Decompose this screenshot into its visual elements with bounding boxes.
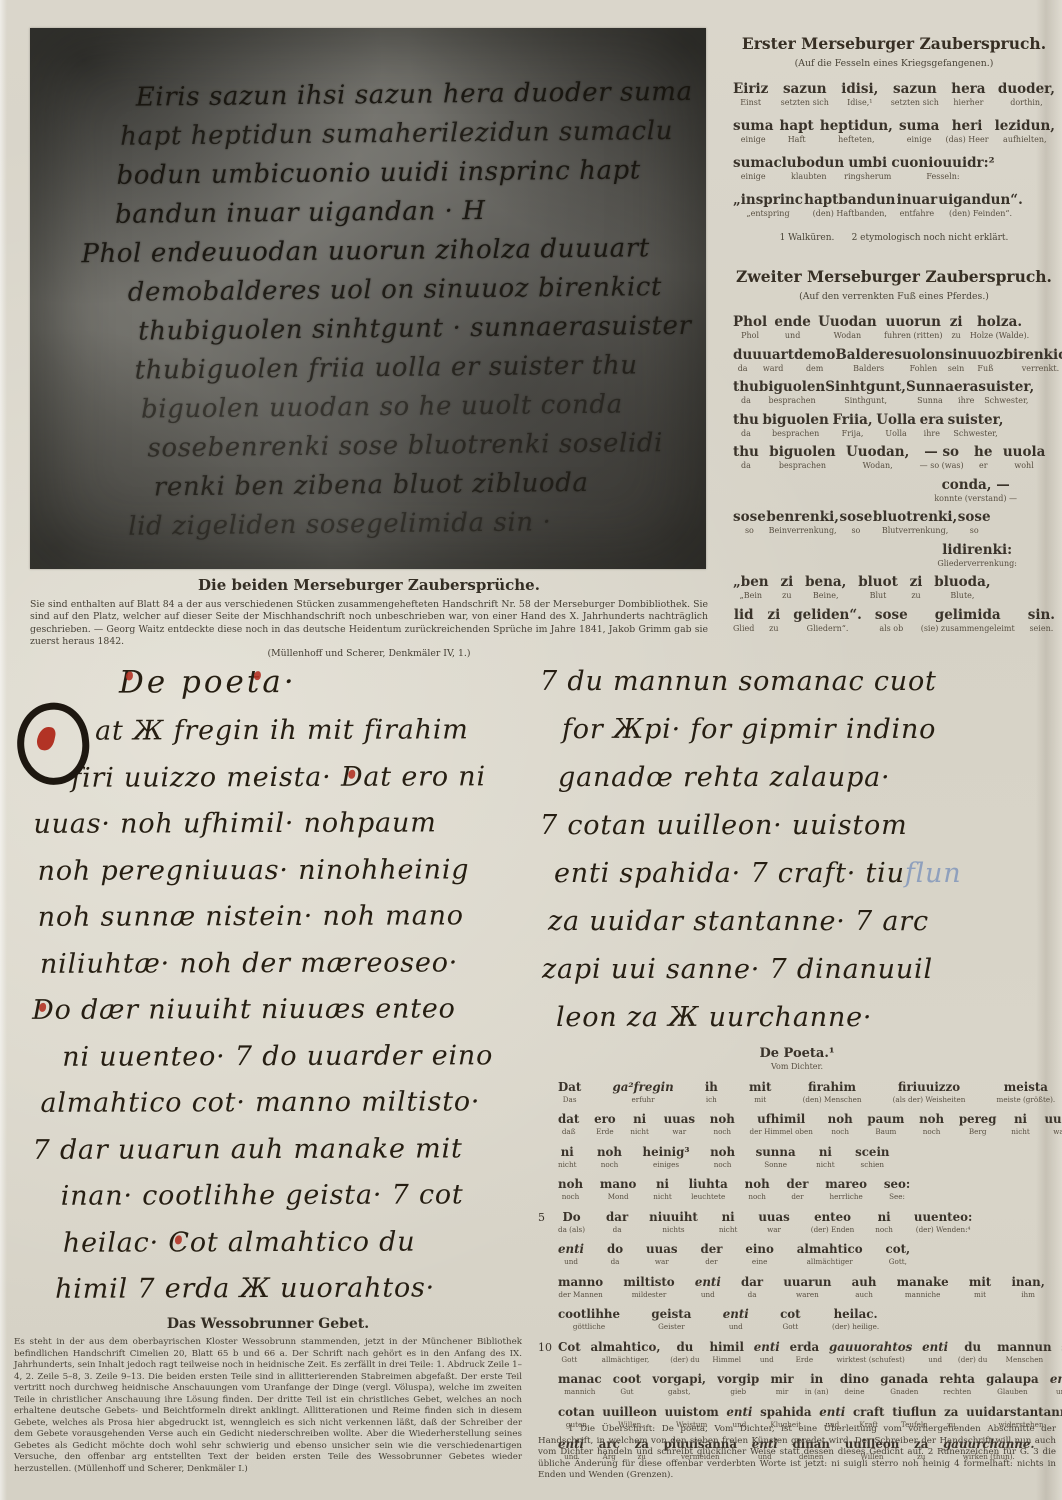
interlinear-row: conda, —konnte (verstand) — bbox=[733, 477, 1055, 503]
german-gloss: Blutverrenkung, bbox=[882, 526, 948, 535]
old-high-german-word: biguolen bbox=[759, 379, 825, 395]
photo-manuscript-line: thubiguolen friia uolla er suister thu bbox=[134, 346, 695, 391]
word-pair: uuaswar bbox=[1044, 1112, 1062, 1136]
old-high-german-word: sazun bbox=[893, 81, 937, 97]
german-gloss: noch bbox=[748, 1192, 766, 1201]
interlinear-row: „insprinc„entspringhaptbandun(den) Haftb… bbox=[733, 192, 1023, 218]
word-pair: herahierher bbox=[951, 81, 985, 107]
word-pair: mitmit bbox=[969, 1275, 991, 1299]
german-gloss: deine bbox=[844, 1387, 864, 1396]
word-pair: datdaß bbox=[558, 1112, 579, 1136]
interlinear-row: PholPholendeundUuodanWodanuuorunfuhren (… bbox=[733, 314, 1029, 340]
old-high-german-word: — so bbox=[924, 444, 959, 460]
german-gloss: göttliche bbox=[573, 1322, 605, 1331]
word-pair: sunnaSonne bbox=[756, 1145, 796, 1169]
old-high-german-word: enti bbox=[819, 1405, 845, 1419]
first-charm-title: Erster Merseburger Zauberspruch. bbox=[733, 34, 1055, 53]
german-gloss: nicht bbox=[816, 1160, 834, 1169]
old-high-german-word: sin bbox=[945, 347, 968, 363]
interlinear-row: cootlihhegöttlichegeistaGeisterentiundco… bbox=[538, 1307, 879, 1331]
wessobrunn-left-lines: De poeta·at Ж fregin ih mit firahimfiri … bbox=[31, 655, 533, 1313]
old-high-german-word: spahida bbox=[760, 1405, 812, 1419]
german-gloss: mit bbox=[754, 1095, 766, 1104]
photo-manuscript-line: bandun inuar uigandan · H bbox=[115, 190, 694, 235]
german-gloss: ihre bbox=[958, 396, 974, 405]
old-high-german-word: uuistom bbox=[665, 1405, 719, 1419]
word-pair: vorgipgieb bbox=[717, 1372, 759, 1396]
german-gloss: (den) Menschen bbox=[803, 1095, 862, 1104]
german-gloss: besprachen bbox=[768, 396, 815, 405]
word-pair: bluoda,Blute, bbox=[934, 574, 990, 600]
word-pair: zizu bbox=[767, 607, 780, 633]
german-gloss: und bbox=[785, 331, 800, 340]
manuscript-line: 7 dar uuarun auh manake mit bbox=[32, 1126, 532, 1174]
german-gloss: gabst, bbox=[668, 1387, 690, 1396]
old-high-german-word: heilac. bbox=[834, 1307, 878, 1321]
old-high-german-word: ende bbox=[774, 314, 810, 330]
word-pair: sumaeinige bbox=[899, 118, 939, 144]
word-pair: — so— so (was) bbox=[920, 444, 964, 470]
old-high-german-word: uuas bbox=[664, 1112, 695, 1126]
old-high-german-word: dat bbox=[558, 1112, 579, 1126]
manuscript-text: leon za Ж uurchanne· bbox=[556, 1002, 872, 1033]
old-high-german-word: dar bbox=[606, 1210, 628, 1224]
old-high-german-word: duoder, bbox=[998, 81, 1055, 97]
word-pair: ganadaGnaden bbox=[880, 1372, 928, 1396]
german-gloss: Glauben bbox=[997, 1387, 1027, 1396]
german-gloss: da bbox=[611, 1257, 620, 1266]
old-high-german-word: ni bbox=[878, 1210, 891, 1224]
old-high-german-word: Uuodan bbox=[818, 314, 877, 330]
german-gloss: da bbox=[613, 1225, 622, 1234]
german-gloss: (das) Heer bbox=[946, 135, 989, 144]
word-pair: BalderesBalders bbox=[835, 347, 902, 373]
manuscript-line: almahtico cot· manno miltisto· bbox=[40, 1079, 532, 1127]
old-high-german-word: umbi bbox=[848, 155, 887, 171]
german-gloss: Baum bbox=[875, 1127, 896, 1136]
german-gloss: mannich bbox=[564, 1387, 595, 1396]
german-gloss: Idise,¹ bbox=[847, 98, 872, 107]
manuscript-line: noh peregniuuas· ninohheinig bbox=[38, 847, 532, 895]
german-gloss: Beinverrenkung, bbox=[769, 526, 837, 535]
old-high-german-word: inan, bbox=[1011, 1275, 1044, 1289]
interlinear-row: lidGliedzizugeliden“.Gliedern“.soseals o… bbox=[733, 607, 1055, 633]
manuscript-text: ot almahtico du bbox=[190, 1226, 416, 1258]
german-gloss: nicht bbox=[1011, 1127, 1029, 1136]
word-pair: thuda bbox=[733, 379, 759, 405]
interlinear-row: mannoder Mannenmiltistomildesterentiundd… bbox=[538, 1275, 1045, 1299]
word-pair: uuartward bbox=[752, 347, 794, 373]
old-high-german-word: sose bbox=[840, 509, 873, 525]
manuscript-line: himil 7 erda Ж uuorahtos· bbox=[55, 1265, 533, 1313]
old-high-german-word: Phol bbox=[733, 314, 767, 330]
manuscript-text: a· bbox=[262, 664, 296, 700]
word-pair: uuorunfuhren (ritten) bbox=[884, 314, 942, 340]
german-gloss: dem bbox=[806, 364, 823, 373]
old-high-german-word: ero bbox=[594, 1112, 616, 1126]
word-pair: haptHaft bbox=[780, 118, 814, 144]
old-high-german-word: firiuuizzo bbox=[898, 1080, 960, 1094]
old-high-german-word: Uolla bbox=[876, 412, 916, 428]
german-gloss: dorthin, bbox=[1010, 98, 1042, 107]
manuscript-text: ganadœ rehta zalaupa· bbox=[558, 762, 890, 793]
old-high-german-word: uuorun bbox=[886, 314, 941, 330]
german-gloss: (der) du bbox=[958, 1355, 987, 1364]
word-pair: EirizEinst bbox=[733, 81, 768, 107]
german-gloss: setzten sich bbox=[781, 98, 829, 107]
word-pair: einoeine bbox=[745, 1242, 773, 1266]
manuscript-text: 7 cotan uuilleon· uuistom bbox=[540, 810, 908, 841]
wessobrunn-caption: Das Wessobrunner Gebet. Es steht in der … bbox=[14, 1316, 522, 1476]
interlinear-row: ninichtnohnochheinig³einigesnohnochsunna… bbox=[538, 1145, 890, 1169]
german-gloss: Himmel bbox=[712, 1355, 741, 1364]
word-pair: demodem bbox=[794, 347, 835, 373]
photo-manuscript-line: renki ben zibena bluot zibluoda bbox=[154, 463, 697, 508]
german-gloss: noch bbox=[831, 1127, 849, 1136]
german-gloss: Gut bbox=[620, 1387, 633, 1396]
german-gloss: (der) Wenden:⁴ bbox=[916, 1225, 971, 1234]
manuscript-line: noh sunnæ nistein· noh mano bbox=[38, 893, 532, 941]
old-high-german-word: bluot bbox=[858, 574, 898, 590]
old-high-german-word: enti bbox=[726, 1405, 752, 1419]
word-pair: lidirenki:Gliederverrenkung: bbox=[937, 542, 1017, 568]
german-gloss: leuchtete bbox=[691, 1192, 725, 1201]
old-high-german-word: mano bbox=[600, 1177, 637, 1191]
word-pair: auhauch bbox=[852, 1275, 877, 1299]
german-gloss: mit bbox=[974, 1290, 986, 1299]
german-gloss: Das bbox=[563, 1095, 577, 1104]
word-pair: clubodunklaubten bbox=[773, 155, 844, 181]
german-gloss: — so (was) bbox=[920, 461, 964, 470]
word-pair: cotGott bbox=[780, 1307, 801, 1331]
old-high-german-word: ni bbox=[722, 1210, 735, 1224]
word-pair: UollaUolla bbox=[876, 412, 916, 438]
old-high-german-word: mannun bbox=[997, 1340, 1051, 1354]
old-high-german-word: mir bbox=[770, 1372, 793, 1386]
second-charm-title: Zweiter Merseburger Zauberspruch. bbox=[733, 267, 1055, 286]
old-high-german-word: ih bbox=[705, 1080, 718, 1094]
photo-manuscript-line: lid zigeliden sosegelimida sin · bbox=[128, 502, 697, 547]
old-high-german-word: sin. bbox=[1028, 607, 1055, 623]
word-pair: bluotrenki,Blutverrenkung, bbox=[873, 509, 957, 535]
old-high-german-word: ni bbox=[561, 1145, 574, 1159]
word-pair: almahtico,allmächtiger, bbox=[591, 1340, 661, 1364]
manuscript-text: zapi uui sanne· 7 dinanuuil bbox=[542, 954, 933, 985]
word-pair: uigandun“.(den) Feinden“. bbox=[938, 192, 1022, 218]
manuscript-line: 7 du mannun somanac cuot bbox=[540, 658, 1058, 706]
word-pair: derder bbox=[786, 1177, 808, 1201]
word-pair: geistaGeister bbox=[651, 1307, 691, 1331]
german-gloss: verrenkt. bbox=[1022, 364, 1059, 373]
de-poeta-title: De Poeta.¹ bbox=[538, 1046, 1056, 1061]
german-gloss: sein bbox=[948, 364, 965, 373]
german-gloss: daß bbox=[562, 1127, 576, 1136]
manuscript-line: for Жpi· for gipmir indino bbox=[562, 706, 1058, 754]
old-high-german-word: enteo bbox=[814, 1210, 851, 1224]
word-pair: biguolenbesprachen bbox=[759, 379, 825, 405]
word-pair: uuaswar bbox=[664, 1112, 695, 1136]
german-gloss: er bbox=[979, 461, 988, 470]
old-high-german-word: miltisto bbox=[623, 1275, 674, 1289]
interlinear-row: EirizEinstsazunsetzten sichidisi,Idise,¹… bbox=[733, 81, 1055, 107]
german-gloss: einiges bbox=[653, 1160, 679, 1169]
old-high-german-word: niuuiht bbox=[649, 1210, 698, 1224]
old-high-german-word: biguolen bbox=[762, 412, 828, 428]
blue-pencil-annotation: flun bbox=[905, 858, 962, 889]
photo-manuscript-line: thubiguolen sinhtgunt · sunnaerasuister bbox=[138, 307, 695, 352]
word-pair: duda bbox=[733, 347, 752, 373]
word-pair: UuodanWodan bbox=[818, 314, 877, 340]
german-gloss: Blut bbox=[870, 591, 887, 600]
manuscript-text: enti spahida· 7 craft· tiu bbox=[554, 858, 905, 889]
german-gloss: in (an) bbox=[805, 1387, 829, 1396]
word-pair: zizu bbox=[780, 574, 793, 600]
red-dotted-initial: D bbox=[32, 988, 55, 1035]
word-pair: cuoniouuidr:²Fesseln: bbox=[891, 155, 994, 181]
word-pair: gauuorahtoswirktest (schufest) bbox=[829, 1340, 912, 1364]
word-pair: Uuodan,Wodan, bbox=[846, 444, 909, 470]
old-high-german-word: hera bbox=[951, 81, 985, 97]
word-pair: benrenki,Beinverrenkung, bbox=[766, 509, 839, 535]
word-pair: suister,Schwester, bbox=[948, 412, 1004, 438]
word-pair: enteo(der) Enden bbox=[811, 1210, 855, 1234]
manuscript-line: ni uuenteo· 7 do uuarder eino bbox=[62, 1033, 532, 1081]
manuscript-text: at ero ni bbox=[363, 761, 486, 792]
german-gloss: Sunna bbox=[917, 396, 943, 405]
old-high-german-word: noh bbox=[710, 1112, 735, 1126]
old-high-german-word: enti bbox=[754, 1340, 780, 1354]
old-high-german-word: sose bbox=[875, 607, 908, 623]
german-gloss: Balders bbox=[853, 364, 884, 373]
wessobrunn-right-lines: 7 du mannun somanac cuotfor Жpi· for gip… bbox=[540, 658, 1058, 1042]
old-high-german-word: ga²fregin bbox=[612, 1080, 673, 1094]
german-gloss: da bbox=[741, 461, 751, 470]
german-gloss: (als der) Weisheiten bbox=[893, 1095, 966, 1104]
verse-number: 5 bbox=[538, 1211, 545, 1224]
german-gloss: „Bein bbox=[740, 591, 762, 600]
german-gloss: Glied bbox=[733, 624, 754, 633]
word-pair: meistameiste (größte). bbox=[997, 1080, 1056, 1104]
old-high-german-word: erda bbox=[790, 1340, 820, 1354]
first-charm-footnote: 1 Walküren. 2 etymologisch noch nicht er… bbox=[733, 233, 1055, 243]
manuscript-photo-lines: Eiris sazun ihsi sazun hera duoder sumah… bbox=[80, 73, 698, 547]
german-gloss: konnte (verstand) — bbox=[934, 494, 1017, 503]
old-high-german-word: heinig³ bbox=[643, 1145, 690, 1159]
word-pair: eraihre bbox=[954, 379, 978, 405]
german-gloss: erfuhr bbox=[632, 1095, 655, 1104]
word-pair: du(der) du bbox=[958, 1340, 987, 1364]
word-pair: gelimida(sie) zusammengeleimt bbox=[921, 607, 1015, 633]
old-high-german-word: zi bbox=[767, 607, 780, 623]
word-pair: DatDas bbox=[558, 1080, 581, 1104]
manuscript-text: at Ж fregin ih mit firahim bbox=[95, 714, 469, 746]
german-gloss: Berg bbox=[969, 1127, 987, 1136]
word-pair: niuuihtnichts bbox=[649, 1210, 698, 1234]
old-high-german-word: haptbandun bbox=[804, 192, 895, 208]
de-poeta-title-gloss: Vom Dichter. bbox=[538, 1062, 1056, 1071]
german-gloss: Phol bbox=[741, 331, 759, 340]
photo-manuscript-line: biguolen uuodan so he uuolt conda bbox=[141, 385, 696, 430]
old-high-german-word: bluoda, bbox=[934, 574, 990, 590]
german-gloss: Uolla bbox=[885, 429, 906, 438]
german-gloss: Gott bbox=[782, 1322, 798, 1331]
old-high-german-word: uuas bbox=[758, 1210, 789, 1224]
old-high-german-word: uuas bbox=[646, 1242, 677, 1256]
word-pair: entiund bbox=[922, 1340, 948, 1364]
interlinear-row: nohnochmanoMondninichtliuhtaleuchtetenoh… bbox=[538, 1177, 910, 1201]
old-high-german-word: meista bbox=[1004, 1080, 1048, 1094]
word-pair: Friia,Frija, bbox=[832, 412, 872, 438]
manuscript-text: ni uuenteo· 7 do uuarder eino bbox=[62, 1040, 493, 1073]
old-high-german-word: Eiriz bbox=[733, 81, 768, 97]
german-gloss: und bbox=[760, 1355, 774, 1364]
old-high-german-word: enti bbox=[922, 1340, 948, 1354]
manuscript-text: noh peregniuuas· ninohheinig bbox=[38, 854, 470, 887]
old-high-german-word: himil bbox=[709, 1340, 744, 1354]
word-pair: nohnoch bbox=[597, 1145, 622, 1169]
old-high-german-word: enti bbox=[723, 1307, 749, 1321]
german-gloss: zu bbox=[769, 624, 778, 633]
word-pair: ninicht bbox=[816, 1145, 834, 1169]
old-high-german-word: auh bbox=[852, 1275, 877, 1289]
german-gloss: da bbox=[741, 429, 751, 438]
word-pair: nohnoch bbox=[558, 1177, 583, 1201]
german-gloss: zu bbox=[951, 331, 960, 340]
old-high-german-word: ni bbox=[633, 1112, 646, 1126]
word-pair: heptidun,hefteten, bbox=[820, 118, 893, 144]
german-gloss: Beine, bbox=[813, 591, 839, 600]
old-high-german-word: biguolen bbox=[769, 444, 835, 460]
german-gloss: ich bbox=[706, 1095, 717, 1104]
old-high-german-word: geliden“. bbox=[793, 607, 862, 623]
word-pair: erdaErde bbox=[790, 1340, 820, 1364]
word-pair: entiund bbox=[754, 1340, 780, 1364]
german-gloss: der bbox=[791, 1192, 803, 1201]
german-gloss: Wodan bbox=[834, 331, 862, 340]
word-pair: ninicht bbox=[630, 1112, 648, 1136]
old-high-german-word: ni bbox=[819, 1145, 832, 1159]
german-gloss: Schwester, bbox=[984, 396, 1028, 405]
german-gloss: ward bbox=[763, 364, 784, 373]
old-high-german-word: noh bbox=[558, 1177, 583, 1191]
word-pair: uuaswar bbox=[646, 1242, 677, 1266]
old-high-german-word: suma bbox=[899, 118, 939, 134]
old-high-german-word: za bbox=[944, 1405, 958, 1419]
german-gloss: Haft bbox=[788, 135, 806, 144]
word-pair: uuozFuß bbox=[967, 347, 1003, 373]
old-high-german-word: Uuodan, bbox=[846, 444, 909, 460]
old-high-german-word: Cot bbox=[558, 1340, 581, 1354]
word-pair: liuhtaleuchtete bbox=[689, 1177, 728, 1201]
word-pair: eraihre bbox=[920, 412, 944, 438]
verse-number: 10 bbox=[538, 1341, 552, 1354]
word-pair: zizu bbox=[910, 574, 923, 600]
old-high-german-word: uuart bbox=[752, 347, 794, 363]
word-pair: rehtarechten bbox=[940, 1372, 975, 1396]
word-pair: ninicht bbox=[558, 1145, 576, 1169]
old-high-german-word: almahtico, bbox=[591, 1340, 661, 1354]
old-high-german-word: noh bbox=[828, 1112, 853, 1126]
german-gloss: entfahre bbox=[900, 209, 935, 218]
interlinear-row: thudabiguolenbesprachenSinhtgunt,Sinthgu… bbox=[733, 379, 1029, 405]
word-pair: paumBaum bbox=[867, 1112, 904, 1136]
old-high-german-word: uigandun“. bbox=[938, 192, 1022, 208]
old-high-german-word: du bbox=[733, 347, 752, 363]
word-pair: cot,Gott, bbox=[886, 1242, 911, 1266]
interlinear-row: „ben„Beinzizubena,Beine,bluotBlutzizublu… bbox=[733, 574, 991, 600]
old-high-german-word: holza. bbox=[977, 314, 1022, 330]
german-gloss: besprachen bbox=[772, 429, 819, 438]
old-high-german-word: thu bbox=[733, 412, 759, 428]
german-gloss: rechten bbox=[943, 1387, 971, 1396]
word-pair: manacmannich bbox=[558, 1372, 602, 1396]
old-high-german-word: scein bbox=[855, 1145, 889, 1159]
manuscript-text: for Жpi· for gipmir indino bbox=[562, 714, 936, 745]
old-high-german-word: lid bbox=[734, 607, 754, 623]
manuscript-line: at Ж fregin ih mit firahim bbox=[95, 707, 531, 755]
german-gloss: nichts bbox=[662, 1225, 684, 1234]
german-gloss: (sie) zusammengeleimt bbox=[921, 624, 1015, 633]
german-gloss: da bbox=[741, 396, 751, 405]
word-pair: nohnoch bbox=[710, 1145, 735, 1169]
old-high-german-word: uuilleon bbox=[602, 1405, 657, 1419]
interlinear-row: 5Doda (als)dardaniuuihtnichtsninichtuuas… bbox=[538, 1210, 972, 1234]
old-high-german-word: noh bbox=[919, 1112, 944, 1126]
second-charm-section: Zweiter Merseburger Zauberspruch. (Auf d… bbox=[733, 267, 1055, 633]
manuscript-text: himil 7 erda Ж uuorahtos· bbox=[55, 1272, 435, 1304]
old-high-german-word: benrenki, bbox=[766, 509, 839, 525]
old-high-german-word: uolon bbox=[902, 347, 945, 363]
german-gloss: schien bbox=[861, 1160, 885, 1169]
german-gloss: Holze (Walde). bbox=[970, 331, 1029, 340]
word-pair: entiund bbox=[1050, 1372, 1062, 1396]
german-gloss: allmächtiger, bbox=[602, 1355, 650, 1364]
german-gloss: nicht bbox=[719, 1225, 737, 1234]
old-high-german-word: ganada bbox=[880, 1372, 928, 1386]
word-pair: uuarunwaren bbox=[783, 1275, 831, 1299]
old-high-german-word: tiuflun bbox=[892, 1405, 936, 1419]
german-gloss: Wodan, bbox=[863, 461, 893, 470]
word-pair: suister,Schwester, bbox=[978, 379, 1034, 405]
german-gloss: der Mannen bbox=[558, 1290, 602, 1299]
second-charm-text: PholPholendeundUuodanWodanuuorunfuhren (… bbox=[733, 314, 1055, 633]
german-gloss: klaubten bbox=[791, 172, 827, 181]
german-gloss: da bbox=[748, 1290, 757, 1299]
word-pair: Doda (als) bbox=[558, 1210, 585, 1234]
word-pair: ufhimilder Himmel oben bbox=[750, 1112, 813, 1136]
interlinear-row: manacmannichcootGutvorgapi,gabst,vorgipg… bbox=[538, 1372, 1062, 1396]
german-gloss: (den) Feinden“. bbox=[949, 209, 1012, 218]
old-high-german-word: cot bbox=[780, 1307, 801, 1321]
german-gloss: Erde bbox=[596, 1127, 614, 1136]
german-gloss: auch bbox=[855, 1290, 873, 1299]
word-pair: manakemanniche bbox=[897, 1275, 949, 1299]
old-high-german-word: idisi, bbox=[841, 81, 878, 97]
old-high-german-word: Do bbox=[562, 1210, 580, 1224]
german-gloss: war bbox=[767, 1225, 781, 1234]
old-high-german-word: cotan bbox=[558, 1405, 595, 1419]
word-pair: sinsein bbox=[945, 347, 968, 373]
word-pair: firiuuizzo(als der) Weisheiten bbox=[893, 1080, 966, 1104]
old-high-german-word: uuas bbox=[1044, 1112, 1062, 1126]
german-gloss: „entspring bbox=[746, 209, 789, 218]
old-high-german-word: lezidun, bbox=[995, 118, 1055, 134]
german-gloss: war bbox=[1053, 1127, 1062, 1136]
old-high-german-word: mit bbox=[749, 1080, 771, 1094]
german-gloss: so bbox=[745, 526, 754, 535]
de-poeta-text: DatDasga²freginerfuhrihichmitmitfirahim(… bbox=[538, 1080, 1056, 1462]
old-high-german-word: zi bbox=[910, 574, 923, 590]
